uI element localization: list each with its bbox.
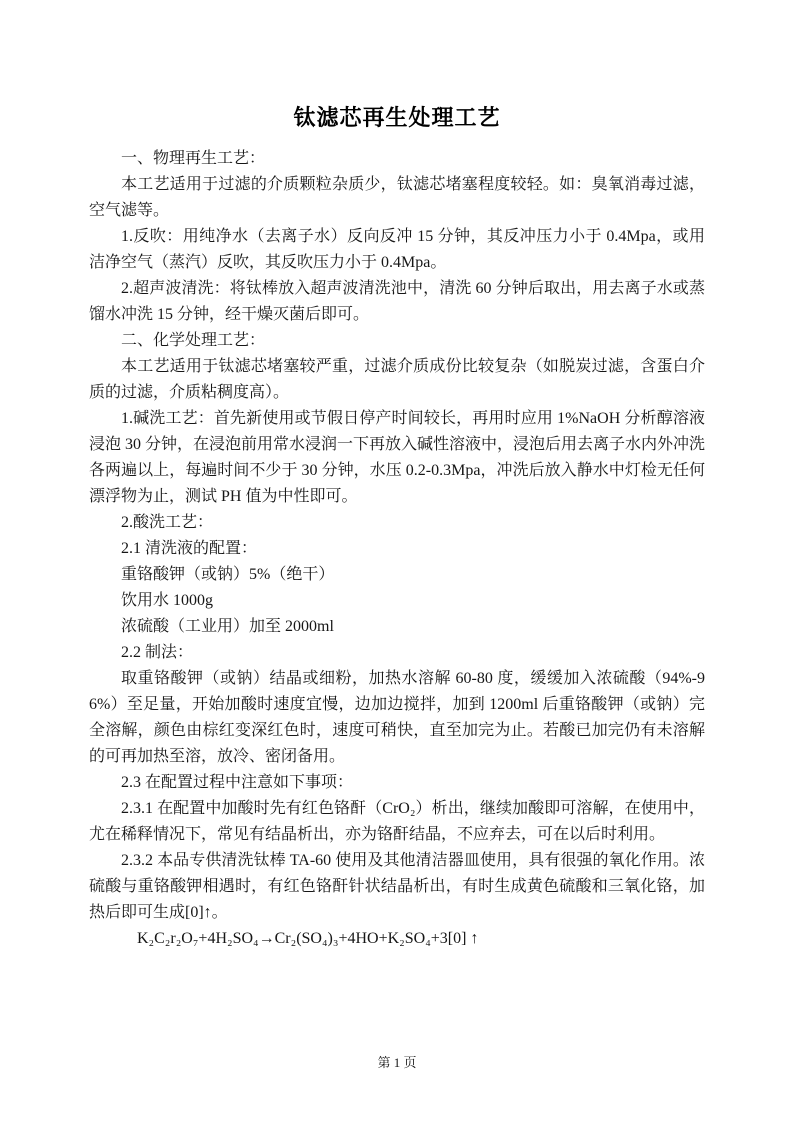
paragraph: 1.碱洗工艺：首先新使用或节假日停产时间较长，再用时应用 1%NaOH 分析醇溶…: [89, 406, 705, 510]
paragraph: 1.反吹：用纯净水（去离子水）反向反冲 15 分钟，其反冲压力小于 0.4Mpa…: [89, 224, 705, 276]
paragraph: 一、物理再生工艺：: [89, 146, 705, 172]
paragraph: 2.酸洗工艺：: [89, 510, 705, 536]
paragraph: 2.1 清洗液的配置：: [89, 536, 705, 562]
chemical-formula: K₂C₂r₂O₇+4H₂SO₄→Cr₂(SO₄)₃+4HO+K₂SO₄+3[0]…: [89, 926, 705, 952]
paragraph: 本工艺适用于钛滤芯堵塞较严重，过滤介质成份比较复杂（如脱炭过滤，含蛋白介质的过滤…: [89, 354, 705, 406]
paragraph: 2.3.1 在配置中加酸时先有红色铬酐（CrO₂）析出，继续加酸即可溶解，在使用…: [89, 796, 705, 848]
page-number: 第 1 页: [0, 1055, 794, 1071]
paragraph: 2.3.2 本品专供清洗钛棒 TA-60 使用及其他清洁器皿使用，具有很强的氧化…: [89, 848, 705, 926]
paragraph: 2.3 在配置过程中注意如下事项：: [89, 770, 705, 796]
paragraph: 重铬酸钾（或钠）5%（绝干）: [89, 562, 705, 588]
paragraph: 浓硫酸（工业用）加至 2000ml: [89, 614, 705, 640]
paragraph: 2.2 制法：: [89, 640, 705, 666]
paragraph: 2.超声波清洗：将钛棒放入超声波清洗池中，清洗 60 分钟后取出，用去离子水或蒸…: [89, 276, 705, 328]
paragraph: 本工艺适用于过滤的介质颗粒杂质少，钛滤芯堵塞程度较轻。如：臭氧消毒过滤，空气滤等…: [89, 172, 705, 224]
paragraph: 取重铬酸钾（或钠）结晶或细粉，加热水溶解 60-80 度，缓缓加入浓硫酸（94%…: [89, 666, 705, 770]
paragraph: 饮用水 1000g: [89, 588, 705, 614]
document-page: 钛滤芯再生处理工艺 一、物理再生工艺：本工艺适用于过滤的介质颗粒杂质少，钛滤芯堵…: [0, 0, 794, 1123]
document-body: 一、物理再生工艺：本工艺适用于过滤的介质颗粒杂质少，钛滤芯堵塞程度较轻。如：臭氧…: [89, 146, 705, 952]
paragraph: 二、化学处理工艺：: [89, 328, 705, 354]
document-title: 钛滤芯再生处理工艺: [89, 103, 705, 133]
